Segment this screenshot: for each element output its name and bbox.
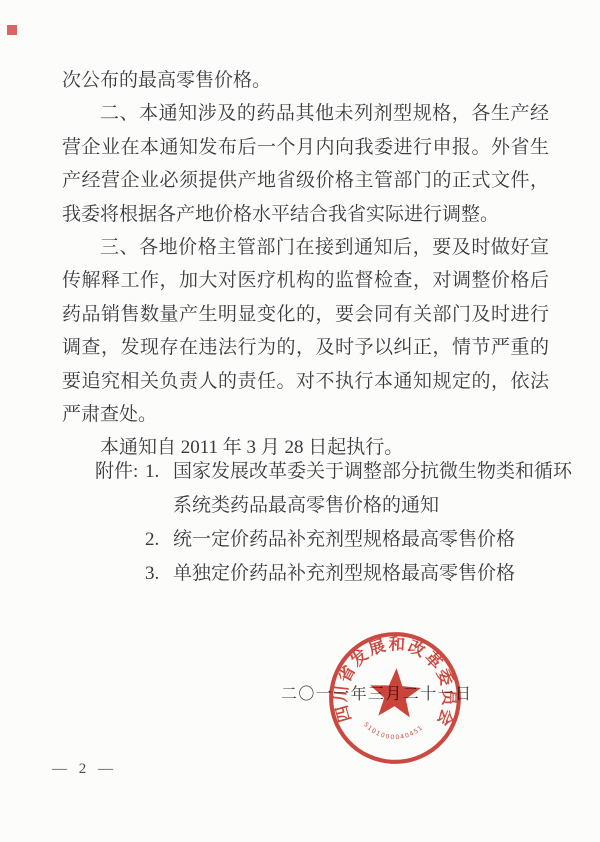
paragraph-continuation: 次公布的最高零售价格。 <box>62 64 549 97</box>
attachment-row: 3. 单独定价药品补充剂型规格最高零售价格 <box>95 557 555 591</box>
svg-text:5101000040451: 5101000040451 <box>361 721 425 743</box>
notice-body: 次公布的最高零售价格。 二、本通知涉及的药品其他未列剂型规格，各生产经营企业在本… <box>62 64 549 465</box>
seal-code-text: 5101000040451 <box>361 721 425 743</box>
official-seal: 四川省发展和改革委员会 5101000040451 <box>322 625 467 770</box>
attachments-list: 附件: 1. 国家发展改革委关于调整部分抗微生物类和循环系统类药品最高零售价格的… <box>95 455 555 591</box>
attachment-title: 单独定价药品补充剂型规格最高零售价格 <box>173 557 576 591</box>
attachment-number: 1. <box>145 455 173 489</box>
seal-star <box>369 667 422 718</box>
page-number: — 2 — <box>52 761 117 778</box>
attachment-row: 2. 统一定价药品补充剂型规格最高零售价格 <box>95 523 555 557</box>
attachment-title: 统一定价药品补充剂型规格最高零售价格 <box>173 523 576 557</box>
attachment-row: 附件: 1. 国家发展改革委关于调整部分抗微生物类和循环系统类药品最高零售价格的… <box>95 455 555 523</box>
attachments-label: 附件: <box>95 455 145 489</box>
attachment-number: 3. <box>145 557 173 591</box>
attachment-title: 国家发展改革委关于调整部分抗微生物类和循环系统类药品最高零售价格的通知 <box>173 455 576 523</box>
attachment-number: 2. <box>145 523 173 557</box>
red-corner-mark <box>7 25 17 35</box>
paragraph-item-3: 三、各地价格主管部门在接到通知后，要及时做好宣传解释工作，加大对医疗机构的监督检… <box>62 231 549 431</box>
document-page: 次公布的最高零售价格。 二、本通知涉及的药品其他未列剂型规格，各生产经营企业在本… <box>0 0 600 842</box>
paragraph-item-2: 二、本通知涉及的药品其他未列剂型规格，各生产经营企业在本通知发布后一个月内向我委… <box>62 97 549 231</box>
